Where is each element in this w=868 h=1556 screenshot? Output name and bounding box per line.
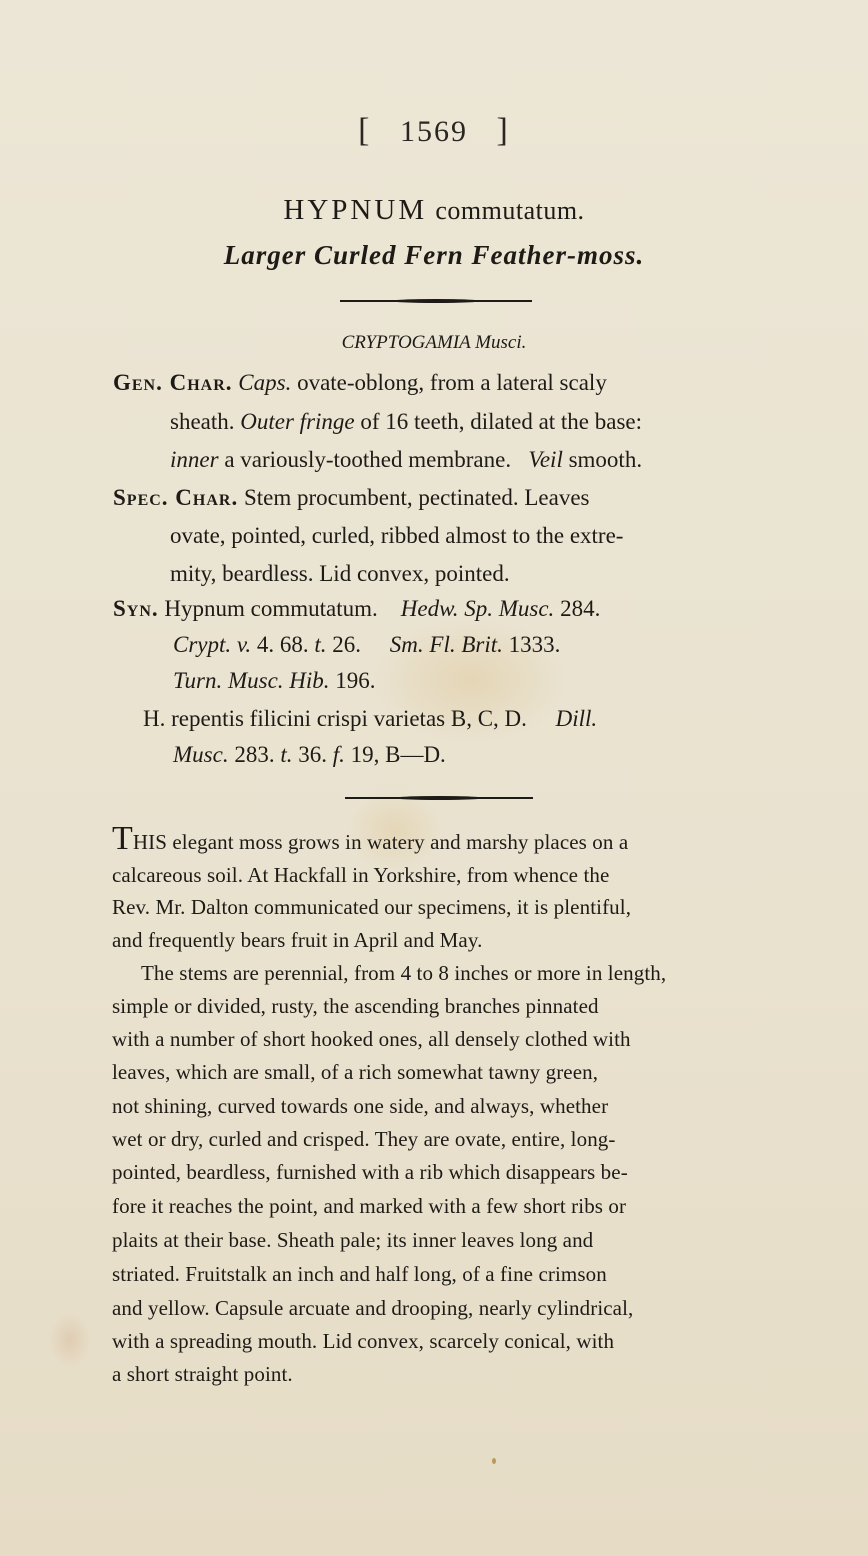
- description-p2-line-7: pointed, beardless, furnished with a rib…: [112, 1156, 628, 1189]
- syn-text: 4. 68.: [251, 632, 314, 657]
- syn-ref: f.: [333, 742, 345, 767]
- syn-text: 196.: [330, 668, 376, 693]
- description-p2-line-10: striated. Fruitstalk an inch and half lo…: [112, 1258, 607, 1291]
- gen-char-text: smooth.: [563, 447, 642, 472]
- gen-char-text: sheath.: [170, 409, 240, 434]
- syn-line-3: Turn. Musc. Hib. 196.: [173, 664, 376, 698]
- paper-speck: [492, 1458, 496, 1464]
- ornamental-rule-top: [340, 300, 532, 302]
- gen-char-line-3: inner a variously-toothed membrane. Veil…: [170, 443, 642, 477]
- page-number: [ 1569 ]: [0, 112, 868, 150]
- bracket-open: [: [358, 112, 371, 149]
- classification: CRYPTOGAMIA Musci.: [0, 332, 868, 354]
- paragraph-text: elegant moss grows in watery and marshy …: [167, 830, 628, 854]
- gen-char-line-2: sheath. Outer fringe of 16 teeth, dilate…: [170, 405, 642, 439]
- description-p2-line-2: simple or divided, rusty, the ascending …: [112, 990, 599, 1023]
- lead-word: HIS: [133, 830, 167, 854]
- description-p2-line-8: fore it reaches the point, and marked wi…: [112, 1190, 626, 1223]
- bracket-close: ]: [497, 112, 510, 149]
- description-p2-line-5: not shining, curved towards one side, an…: [112, 1090, 608, 1123]
- description-p1-line-2: calcareous soil. At Hackfall in Yorkshir…: [112, 859, 609, 892]
- description-p2-line-3: with a number of short hooked ones, all …: [112, 1023, 631, 1056]
- spec-char-line-2: ovate, pointed, curled, ribbed almost to…: [170, 519, 623, 553]
- ornamental-rule-bottom: [345, 797, 533, 799]
- syn-text: 283.: [229, 742, 281, 767]
- syn-text: Hypnum commutatum.: [164, 596, 377, 621]
- book-page: [ 1569 ] HYPNUM commutatum. Larger Curle…: [0, 0, 868, 1556]
- genus-name: HYPNUM: [283, 194, 427, 226]
- gen-char-text: ovate-oblong, from a lateral scaly: [291, 370, 607, 395]
- gen-char-veil: Veil: [528, 447, 563, 472]
- gen-char-outer-fringe: Outer fringe: [240, 409, 354, 434]
- syn-ref: Dill.: [556, 706, 598, 731]
- description-p2-line-6: wet or dry, curled and crisped. They are…: [112, 1123, 616, 1156]
- gen-char-text: of 16 teeth, dilated at the base:: [355, 409, 642, 434]
- syn-ref: Turn. Musc. Hib.: [173, 668, 330, 693]
- syn-line-1: Syn. Hypnum commutatum. Hedw. Sp. Musc. …: [113, 592, 600, 626]
- syn-text: H. repentis filicini crispi varietas B, …: [143, 706, 527, 731]
- spec-char-label: Spec. Char.: [113, 485, 238, 510]
- description-p1-line-4: and frequently bears fruit in April and …: [112, 924, 482, 957]
- syn-ref: Hedw. Sp. Musc.: [401, 596, 555, 621]
- syn-ref: Sm. Fl. Brit.: [390, 632, 503, 657]
- species-title: HYPNUM commutatum.: [0, 194, 868, 227]
- gen-char-line-1: Gen. Char. Caps. ovate-oblong, from a la…: [113, 366, 607, 400]
- syn-text: 1333.: [503, 632, 561, 657]
- description-p2-line-1: The stems are perennial, from 4 to 8 inc…: [141, 957, 666, 990]
- syn-text: 36.: [292, 742, 332, 767]
- spec-char-line-1: Spec. Char. Stem procumbent, pectinated.…: [113, 481, 590, 515]
- gen-char-caps: Caps.: [238, 370, 291, 395]
- gen-char-label: Gen. Char.: [113, 370, 233, 395]
- syn-ref: t.: [314, 632, 326, 657]
- page-number-value: 1569: [400, 115, 468, 148]
- description-p1-line-3: Rev. Mr. Dalton communicated our specime…: [112, 891, 631, 924]
- syn-ref: Crypt. v.: [173, 632, 251, 657]
- syn-label: Syn.: [113, 596, 159, 621]
- syn-ref: t.: [280, 742, 292, 767]
- syn-text: 26.: [327, 632, 362, 657]
- syn-text: 284.: [554, 596, 600, 621]
- description-p2-line-13: a short straight point.: [112, 1358, 293, 1391]
- gen-char-text: a variously-toothed membrane.: [219, 447, 517, 472]
- common-name: Larger Curled Fern Feather-moss.: [0, 240, 868, 271]
- spec-char-line-3: mity, beardless. Lid convex, pointed.: [170, 557, 510, 591]
- syn-ref: Musc.: [173, 742, 229, 767]
- description-p2-line-11: and yellow. Capsule arcuate and drooping…: [112, 1292, 633, 1325]
- species-name: commutatum.: [435, 196, 584, 225]
- syn-line-2: Crypt. v. 4. 68. t. 26. Sm. Fl. Brit. 13…: [173, 628, 560, 662]
- syn-line-5: Musc. 283. t. 36. f. 19, B—D.: [173, 738, 446, 772]
- description-p2-line-9: plaits at their base. Sheath pale; its i…: [112, 1224, 593, 1257]
- description-p1-line-1: THIS elegant moss grows in watery and ma…: [112, 826, 628, 859]
- drop-cap: T: [112, 820, 133, 857]
- gen-char-inner: inner: [170, 447, 219, 472]
- description-p2-line-4: leaves, which are small, of a rich somew…: [112, 1056, 598, 1089]
- spec-char-text: Stem procumbent, pectinated. Leaves: [244, 485, 590, 510]
- syn-line-4: H. repentis filicini crispi varietas B, …: [143, 702, 597, 736]
- description-p2-line-12: with a spreading mouth. Lid convex, scar…: [112, 1325, 614, 1358]
- syn-text: 19, B—D.: [345, 742, 446, 767]
